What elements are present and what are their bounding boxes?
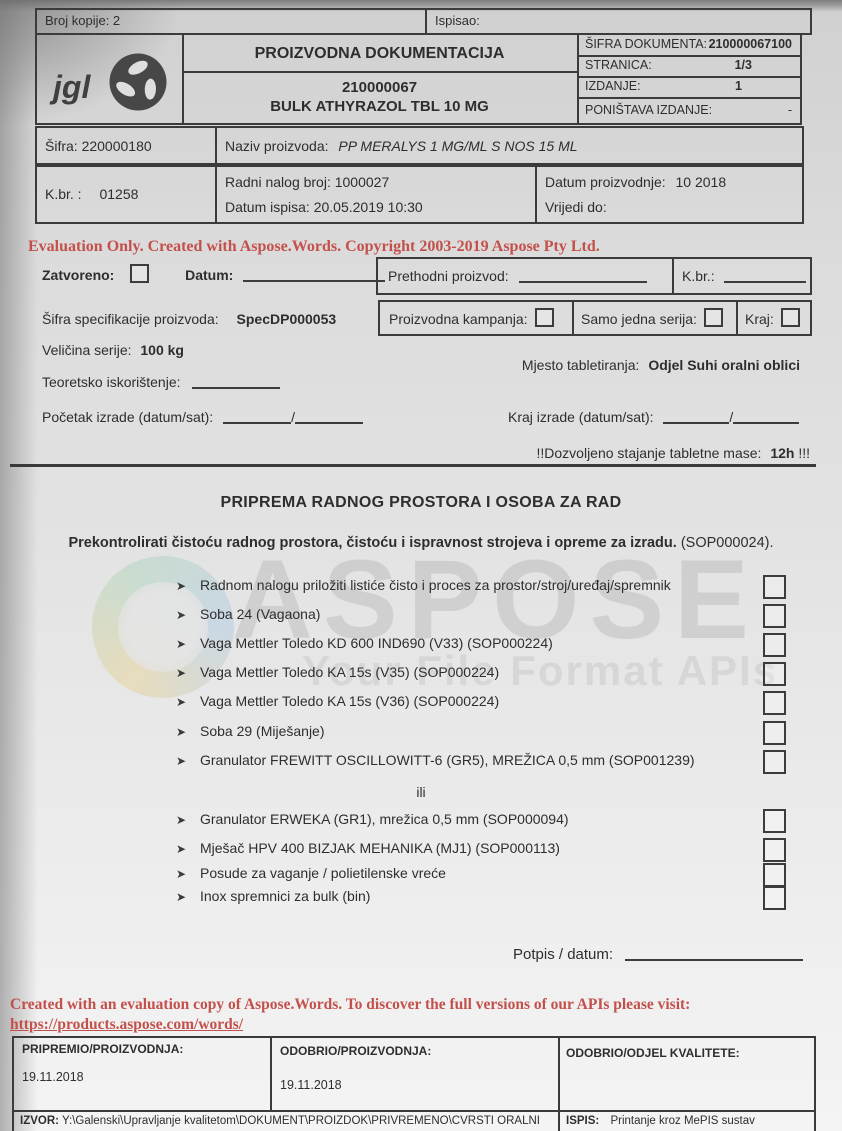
header-field-row: ŠIFRA DOKUMENTA: 210000067100 xyxy=(577,37,800,51)
checklist-item-label: Vaga Mettler Toledo KA 15s (V35) (SOP000… xyxy=(200,664,499,680)
pocetak-datum-blank xyxy=(223,408,291,424)
checkbox[interactable] xyxy=(763,721,786,745)
field-label: ŠIFRA DOKUMENTA: xyxy=(585,37,707,51)
header-field-row: PONIŠTAVA IZDANJE: - xyxy=(577,103,800,117)
checkbox[interactable] xyxy=(763,575,786,599)
datum-proizvodnje: Datum proizvodnje: 10 2018 xyxy=(545,172,726,192)
arrow-bullet-icon: ➤ xyxy=(176,666,186,680)
logo-cell: jgl xyxy=(37,35,182,123)
checklist-item-label: Soba 24 (Vagaona) xyxy=(200,606,320,622)
checkbox[interactable] xyxy=(535,308,554,327)
divider xyxy=(672,259,674,293)
odobrio-proizvodnja-date: 19.11.2018 xyxy=(280,1078,342,1092)
dozvoljeno-note: !!Dozvoljeno stajanje tabletne mase: 12h… xyxy=(537,443,811,463)
copy-number-label: Broj kopije: 2 xyxy=(45,13,120,28)
instruction-sop-ref: (SOP000024). xyxy=(681,535,774,551)
divider xyxy=(736,302,738,334)
checklist-item-label: Vaga Mettler Toledo KA 15s (V36) (SOP000… xyxy=(200,693,499,709)
radni-nalog: Radni nalog broj: 1000027 xyxy=(225,172,389,192)
potpis-label: Potpis / datum: xyxy=(513,946,613,963)
prethodni-field: Prethodni proizvod: xyxy=(388,266,647,286)
divider xyxy=(535,167,537,222)
divider xyxy=(572,302,574,334)
odobrio-proizvodnja-header: ODOBRIO/PROIZVODNJA: xyxy=(280,1044,431,1058)
kraj-datum-blank xyxy=(663,408,729,424)
aspose-link[interactable]: https://products.aspose.com/words/ xyxy=(10,1016,243,1034)
arrow-bullet-icon: ➤ xyxy=(176,842,186,856)
sifra-value: 220000180 xyxy=(82,138,152,154)
divider xyxy=(577,55,800,57)
field-label: IZDANJE: xyxy=(585,79,641,93)
divider xyxy=(215,128,217,163)
divider xyxy=(14,1110,814,1112)
document-number: 210000067 xyxy=(182,79,577,96)
arrow-bullet-icon: ➤ xyxy=(176,890,186,904)
previous-product-box: Prethodni proizvod: K.br.: xyxy=(376,257,812,295)
pripremio-date: 19.11.2018 xyxy=(22,1070,84,1084)
spec-label: Šifra specifikacije proizvoda: xyxy=(42,311,219,327)
velicina-value: 100 kg xyxy=(140,342,184,358)
divider xyxy=(270,1038,272,1110)
aspose-created-watermark: Created with an evaluation copy of Aspos… xyxy=(10,996,690,1014)
naziv-value: PP MERALYS 1 MG/ML S NOS 15 ML xyxy=(338,138,577,154)
arrow-bullet-icon: ➤ xyxy=(176,725,186,739)
jedna-serija-field: Samo jedna serija: xyxy=(581,308,723,329)
teoretsko-label: Teoretsko iskorištenje: xyxy=(42,374,181,390)
checkbox[interactable] xyxy=(763,604,786,628)
divider xyxy=(577,97,800,99)
naziv-field: Naziv proizvoda: PP MERALYS 1 MG/ML S NO… xyxy=(225,136,578,156)
pocetak-sat-blank xyxy=(295,408,363,424)
checklist-item-label: Granulator FREWITT OSCILLOWITT-6 (GR5), … xyxy=(200,752,695,768)
zatvoreno-field: Zatvoreno: Datum: xyxy=(42,264,385,285)
divider xyxy=(558,1038,560,1131)
izvor-field: IZVOR: Y:\Galenski\Upravljanje kvaliteto… xyxy=(20,1115,540,1127)
arrow-bullet-icon: ➤ xyxy=(176,813,186,827)
ispis-field: ISPIS: Printanje kroz MePIS sustav xyxy=(566,1115,755,1127)
checklist-item-label: Inox spremnici za bulk (bin) xyxy=(200,888,370,904)
field-label: STRANICA: xyxy=(585,58,652,72)
vrijedi-do: Vrijedi do: xyxy=(545,197,607,217)
teoretsko-field: Teoretsko iskorištenje: xyxy=(42,372,280,392)
document-header-table: jgl PROIZVODNA DOKUMENTACIJA 210000067 B… xyxy=(35,33,802,125)
checklist-row: ➤ Radnom nalogu priložiti listiće čisto … xyxy=(0,577,842,597)
potpis-blank-field xyxy=(625,945,803,961)
datum-proizvodnje-value: 10 2018 xyxy=(676,174,727,190)
field-value: 210000067100 xyxy=(709,37,792,51)
velicina-label: Veličina serije: xyxy=(42,342,132,358)
kampanja-label: Proizvodna kampanja: xyxy=(389,311,528,327)
checkbox[interactable] xyxy=(763,691,786,715)
spec-value: SpecDP000053 xyxy=(237,311,337,327)
kbr2-field: K.br.: xyxy=(682,266,806,286)
field-value: 1 xyxy=(735,79,742,93)
kraj-field: Kraj: xyxy=(745,308,800,329)
arrow-bullet-icon: ➤ xyxy=(176,754,186,768)
printed-by-label: Ispisao: xyxy=(435,13,480,28)
kbr-label: K.br. : xyxy=(45,186,82,202)
sifra-field: Šifra: 220000180 xyxy=(45,136,152,156)
section-divider xyxy=(10,464,816,467)
arrow-bullet-icon: ➤ xyxy=(176,867,186,881)
odobrio-kvaliteta-header: ODOBRIO/ODJEL KVALITETE: xyxy=(566,1046,740,1060)
kraj-izrade-label: Kraj izrade (datum/sat): xyxy=(508,409,654,425)
kbr-field: K.br. : 01258 xyxy=(45,184,138,204)
arrow-bullet-icon: ➤ xyxy=(176,695,186,709)
campaign-box: Proizvodna kampanja: Samo jedna serija: … xyxy=(378,300,812,336)
arrow-bullet-icon: ➤ xyxy=(176,608,186,622)
checklist-row: ➤ Soba 29 (Miješanje) xyxy=(0,723,842,743)
dozvoljeno-suffix: !!! xyxy=(798,445,810,461)
pocetak-label: Početak izrade (datum/sat): xyxy=(42,409,213,425)
approval-table: PRIPREMIO/PROIZVODNJA: ODOBRIO/PROIZVODN… xyxy=(12,1036,816,1131)
header-fields: ŠIFRA DOKUMENTA: 210000067100 STRANICA: … xyxy=(577,35,800,123)
divider xyxy=(425,10,427,33)
ispis-value: Printanje kroz MePIS sustav xyxy=(610,1115,754,1127)
datum-proizvodnje-label: Datum proizvodnje: xyxy=(545,174,666,190)
izvor-label: IZVOR: xyxy=(20,1115,59,1127)
field-label: PONIŠTAVA IZDANJE: xyxy=(585,103,712,117)
checkbox[interactable] xyxy=(763,662,786,686)
mjesto-field: Mjesto tabletiranja: Odjel Suhi oralni o… xyxy=(522,355,800,375)
checklist-row: ➤ Granulator FREWITT OSCILLOWITT-6 (GR5)… xyxy=(0,752,842,772)
arrow-bullet-icon: ➤ xyxy=(176,579,186,593)
datum-ispisa: Datum ispisa: 20.05.2019 10:30 xyxy=(225,197,423,217)
checklist-item-label: Mješač HPV 400 BIZJAK MEHANIKA (MJ1) (SO… xyxy=(200,840,560,856)
aspose-eval-watermark: Evaluation Only. Created with Aspose.Wor… xyxy=(28,238,600,256)
checkbox[interactable] xyxy=(763,838,786,862)
arrow-bullet-icon: ➤ xyxy=(176,637,186,651)
checklist-item-label: Posude za vaganje / polietilenske vreće xyxy=(200,865,446,881)
prethodni-blank-field xyxy=(519,267,647,283)
divider xyxy=(577,76,800,78)
potpis-field: Potpis / datum: xyxy=(513,945,803,963)
sifra-label: Šifra: xyxy=(45,138,78,154)
mjesto-value: Odjel Suhi oralni oblici xyxy=(648,357,800,373)
instruction-bold: Prekontrolirati čistoću radnog prostora,… xyxy=(68,535,676,551)
ispis-label: ISPIS: xyxy=(566,1115,599,1127)
zatvoreno-label: Zatvoreno: xyxy=(42,267,114,283)
field-value: - xyxy=(788,103,792,117)
prethodni-label: Prethodni proizvod: xyxy=(388,268,509,284)
field-value: 1/3 xyxy=(735,58,752,72)
datum-label: Datum: xyxy=(185,267,233,283)
checklist-item-label: Radnom nalogu priložiti listiće čisto i … xyxy=(200,577,671,593)
scanned-document-page: ASPOSE Your File Format APIs Broj kopije… xyxy=(0,0,842,1131)
top-bar-table: Broj kopije: 2 Ispisao: xyxy=(35,8,812,35)
naziv-label: Naziv proizvoda: xyxy=(225,138,329,154)
work-order-row: K.br. : 01258 Radni nalog broj: 1000027 … xyxy=(35,165,804,224)
checklist-item-label: Soba 29 (Miješanje) xyxy=(200,723,325,739)
instruction-line: Prekontrolirati čistoću radnog prostora,… xyxy=(30,535,812,551)
checkbox[interactable] xyxy=(704,308,723,327)
velicina-field: Veličina serije: 100 kg xyxy=(42,340,184,360)
header-field-row: STRANICA: 1/3 xyxy=(577,58,800,72)
header-field-row: IZDANJE: 1 xyxy=(577,79,800,93)
izvor-value: Y:\Galenski\Upravljanje kvalitetom\DOKUM… xyxy=(62,1115,540,1127)
checklist-row: ➤ Soba 24 (Vagaona) xyxy=(0,606,842,626)
checklist-item-label: Vaga Mettler Toledo KD 600 IND690 (V33) … xyxy=(200,635,553,651)
kbr2-label: K.br.: xyxy=(682,268,715,284)
kraj-sat-blank xyxy=(733,408,799,424)
divider xyxy=(215,167,217,222)
kampanja-field: Proizvodna kampanja: xyxy=(389,308,554,329)
checklist-row: ➤ Mješač HPV 400 BIZJAK MEHANIKA (MJ1) (… xyxy=(0,840,842,860)
checkbox[interactable] xyxy=(763,886,786,910)
pripremio-header: PRIPREMIO/PROIZVODNJA: xyxy=(22,1042,183,1056)
kraj-izrade-field: Kraj izrade (datum/sat): / xyxy=(508,407,799,427)
document-name: BULK ATHYRAZOL TBL 10 MG xyxy=(182,98,577,115)
checklist-row: ➤ Posude za vaganje / polietilenske vreć… xyxy=(0,865,842,885)
datum-blank-field xyxy=(243,266,385,282)
checklist-row: ➤ Inox spremnici za bulk (bin) xyxy=(0,888,842,908)
dozvoljeno-value: 12h xyxy=(770,445,794,461)
spec-field: Šifra specifikacije proizvoda: SpecDP000… xyxy=(42,309,336,329)
checkbox[interactable] xyxy=(763,809,786,833)
mjesto-label: Mjesto tabletiranja: xyxy=(522,357,640,373)
checkbox[interactable] xyxy=(781,308,800,327)
checklist-row: ➤ Granulator ERWEKA (GR1), mrežica 0,5 m… xyxy=(0,811,842,831)
divider xyxy=(182,71,577,73)
checkbox[interactable] xyxy=(763,633,786,657)
or-separator: ili xyxy=(0,782,842,802)
checklist-item-label: Granulator ERWEKA (GR1), mrežica 0,5 mm … xyxy=(200,811,569,827)
product-code-row: Šifra: 220000180 Naziv proizvoda: PP MER… xyxy=(35,126,804,165)
checkbox[interactable] xyxy=(763,750,786,774)
document-title: PROIZVODNA DOKUMENTACIJA xyxy=(182,45,577,63)
dozvoljeno-prefix: !!Dozvoljeno stajanje tabletne mase: xyxy=(537,445,762,461)
jgl-logo-text: jgl xyxy=(53,69,90,106)
teoretsko-blank-field xyxy=(192,373,280,389)
section-title: PRIPREMA RADNOG PROSTORA I OSOBA ZA RAD xyxy=(0,494,842,512)
checklist-row: ➤ Vaga Mettler Toledo KD 600 IND690 (V33… xyxy=(0,635,842,655)
checkbox[interactable] xyxy=(763,863,786,887)
kraj-label: Kraj: xyxy=(745,311,774,327)
jedna-serija-label: Samo jedna serija: xyxy=(581,311,697,327)
checklist-row: ➤ Vaga Mettler Toledo KA 15s (V35) (SOP0… xyxy=(0,664,842,684)
kbr-value: 01258 xyxy=(99,186,138,202)
jgl-logo-icon xyxy=(107,51,169,113)
pocetak-field: Početak izrade (datum/sat): / xyxy=(42,407,363,427)
checklist-row: ➤ Vaga Mettler Toledo KA 15s (V36) (SOP0… xyxy=(0,693,842,713)
checkbox[interactable] xyxy=(130,264,149,283)
kbr2-blank-field xyxy=(724,267,806,283)
